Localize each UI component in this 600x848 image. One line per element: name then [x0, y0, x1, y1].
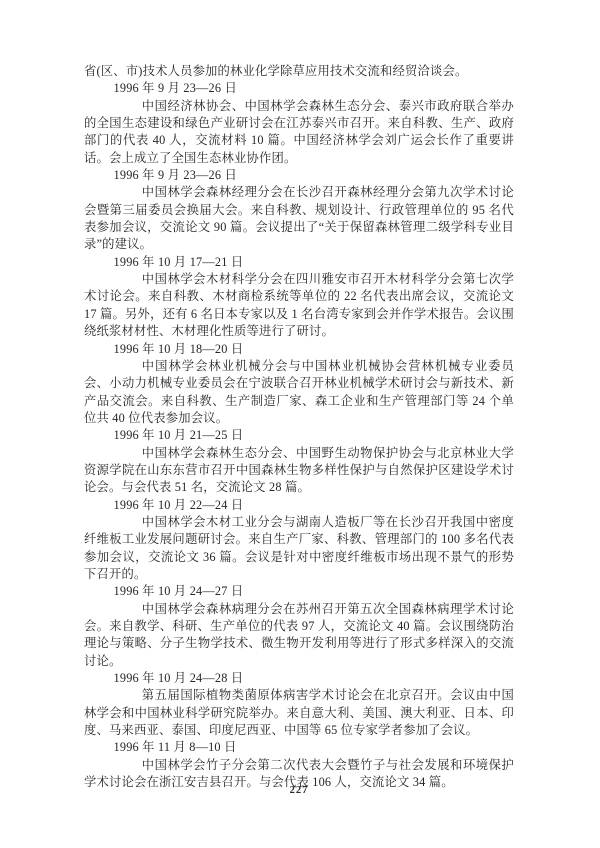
document-page: 省(区、市)技术人员参加的林业化学除草应用技术交流和经贸洽谈会。 1996 年 … [0, 0, 600, 848]
entry-body: 中国林学会木材科学分会在四川雅安市召开木材科学分会第七次学术讨论会。来自科教、木… [84, 271, 514, 340]
page-body: 省(区、市)技术人员参加的林业化学除草应用技术交流和经贸洽谈会。 1996 年 … [84, 63, 514, 791]
entry-date: 1996 年 10 月 24—27 日 [84, 583, 514, 600]
entry-date: 1996 年 9 月 23—26 日 [84, 80, 514, 97]
entry-date: 1996 年 10 月 21—25 日 [84, 427, 514, 444]
entry-date: 1996 年 10 月 24—28 日 [84, 670, 514, 687]
entry-body: 中国林学会木材工业分会与湖南人造板厂等在长沙召开我国中密度纤维板工业发展问题研讨… [84, 514, 514, 583]
entry-date: 1996 年 10 月 17—21 日 [84, 254, 514, 271]
entry-date: 1996 年 11 月 8—10 日 [84, 739, 514, 756]
intro-line: 省(区、市)技术人员参加的林业化学除草应用技术交流和经贸洽谈会。 [84, 63, 514, 80]
entry-body: 第五届国际植物类菌原体病害学术讨论会在北京召开。会议由中国林学会和中国林业科学研… [84, 687, 514, 739]
entry-body: 中国林学会森林生态分会、中国野生动物保护协会与北京林业大学资源学院在山东东营市召… [84, 445, 514, 497]
page-number: 227 [84, 785, 514, 796]
entry-body: 中国林学会森林病理分会在苏州召开第五次全国森林病理学术讨论会。来自教学、科研、生… [84, 601, 514, 670]
entry-body: 中国经济林协会、中国林学会森林生态分会、泰兴市政府联合举办的全国生态建设和绿色产… [84, 98, 514, 167]
entry-body: 中国林学会林业机械分会与中国林业机械协会营林机械专业委员会、小动力机械专业委员会… [84, 358, 514, 427]
entry-body: 中国林学会森林经理分会在长沙召开森林经理分会第九次学术讨论会暨第三届委员会换届大… [84, 184, 514, 253]
entry-date: 1996 年 10 月 18—20 日 [84, 341, 514, 358]
entry-date: 1996 年 9 月 23—26 日 [84, 167, 514, 184]
entry-date: 1996 年 10 月 22—24 日 [84, 497, 514, 514]
